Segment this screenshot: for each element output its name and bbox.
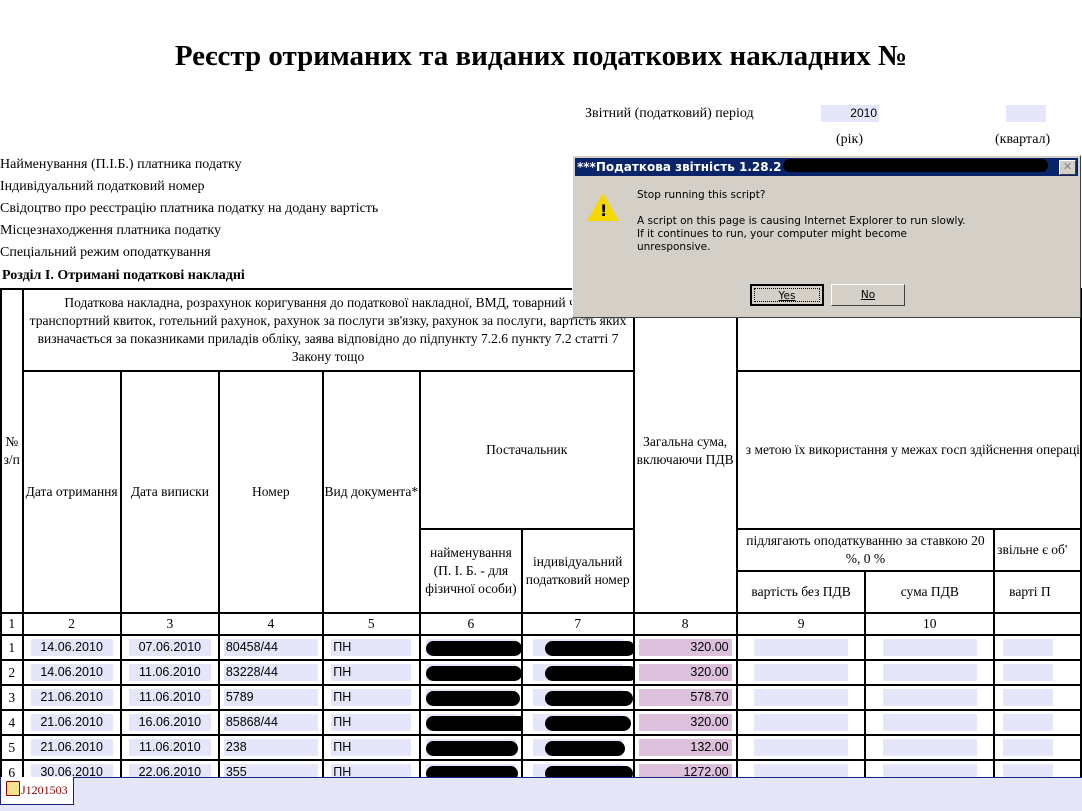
redacted-block <box>545 641 634 656</box>
column-numbers-row: 1 2 3 4 5 6 7 8 9 10 <box>1 613 1081 635</box>
cell-exempt-value <box>994 735 1081 760</box>
number-field[interactable]: 80458/44 <box>224 639 318 656</box>
no-button[interactable]: No <box>831 284 905 306</box>
colnum: 8 <box>634 613 737 635</box>
colnum: 5 <box>323 613 420 635</box>
vat-sum-field[interactable] <box>883 689 977 706</box>
cell-date-issued: 16.06.2010 <box>121 710 219 735</box>
page-title: Реєстр отриманих та виданих податкових н… <box>0 40 1082 73</box>
doc-type-field[interactable]: ПН <box>331 664 411 681</box>
cell-vat-sum <box>865 635 994 660</box>
header-date-received: Дата отримання <box>23 371 121 613</box>
vat-sum-field[interactable] <box>883 739 977 756</box>
header-supplier: Постачальник <box>420 371 634 529</box>
total-field[interactable]: 320.00 <box>639 714 732 731</box>
redacted-block <box>426 641 522 656</box>
header-number: Номер <box>219 371 323 613</box>
colnum: 4 <box>219 613 323 635</box>
header-doc-group: Податкова накладна, розрахунок коригуван… <box>23 289 634 371</box>
redacted-block <box>426 741 518 756</box>
total-field[interactable]: 578.70 <box>639 689 732 706</box>
supplier-name-field[interactable] <box>426 689 516 706</box>
date-received-field[interactable]: 21.06.2010 <box>31 714 113 731</box>
supplier-tin-field[interactable] <box>533 714 623 731</box>
warning-exclamation: ! <box>600 201 607 220</box>
period-quarter-field[interactable] <box>1006 105 1046 122</box>
value-no-vat-field[interactable] <box>754 664 848 681</box>
cell-value-no-vat <box>737 635 866 660</box>
supplier-name-field[interactable] <box>426 714 516 731</box>
redacted-block <box>426 691 520 706</box>
cell-date-issued: 11.06.2010 <box>121 685 219 710</box>
vat-sum-field[interactable] <box>883 639 977 656</box>
table-row: 321.06.201011.06.20105789ПН578.70 <box>1 685 1081 710</box>
location-label: Місцезнаходження платника податку <box>0 223 221 239</box>
cell-total: 320.00 <box>634 635 737 660</box>
book-icon <box>6 781 20 796</box>
table-row: 421.06.201016.06.201085868/44ПН320.00 <box>1 710 1081 735</box>
table-row: 521.06.201011.06.2010238ПН132.00 <box>1 735 1081 760</box>
date-issued-field[interactable]: 11.06.2010 <box>129 739 211 756</box>
row-number: 3 <box>1 685 23 710</box>
cell-date-issued: 11.06.2010 <box>121 735 219 760</box>
vat-sum-field[interactable] <box>883 714 977 731</box>
header-date-issued: Дата виписки <box>121 371 219 613</box>
date-received-field[interactable]: 21.06.2010 <box>31 739 113 756</box>
cell-supplier-tin <box>522 635 634 660</box>
cell-value-no-vat <box>737 660 866 685</box>
supplier-name-field[interactable] <box>426 739 516 756</box>
cell-total: 132.00 <box>634 735 737 760</box>
vat-certificate-label: Свідоцтво про реєстрацію платника податк… <box>0 201 378 217</box>
redacted-block <box>545 741 625 756</box>
cell-doc-type: ПН <box>323 685 420 710</box>
cell-supplier-tin <box>522 710 634 735</box>
taxpayer-name-label: Найменування (П.І.Б.) платника податку <box>0 157 242 173</box>
cell-doc-type: ПН <box>323 735 420 760</box>
cell-date-received: 14.06.2010 <box>23 635 121 660</box>
date-issued-field[interactable]: 11.06.2010 <box>129 689 211 706</box>
tin-label: Індивідуальний податковий номер <box>0 179 205 195</box>
redacted-title-part <box>783 159 1048 172</box>
colnum: 1 <box>1 613 23 635</box>
colnum: 3 <box>121 613 219 635</box>
number-field[interactable]: 238 <box>224 739 318 756</box>
supplier-name-field[interactable] <box>426 664 516 681</box>
header-supplier-tin: індивідуальний податковий номер <box>522 529 634 613</box>
header-total: Загальна сума, включаючи ПДВ <box>634 289 737 613</box>
cell-number: 83228/44 <box>219 660 323 685</box>
cell-exempt-value <box>994 685 1081 710</box>
cell-supplier-name <box>420 660 522 685</box>
value-no-vat-field[interactable] <box>754 739 848 756</box>
cell-value-no-vat <box>737 685 866 710</box>
year-caption: (рік) <box>836 132 863 148</box>
close-icon[interactable]: ✕ <box>1059 160 1076 175</box>
cell-number: 238 <box>219 735 323 760</box>
cell-doc-type: ПН <box>323 710 420 735</box>
yes-button[interactable]: Yes <box>750 284 824 306</box>
cell-doc-type: ПН <box>323 635 420 660</box>
colnum: 7 <box>522 613 634 635</box>
colnum: 9 <box>737 613 866 635</box>
header-doc-type: Вид документа* <box>323 371 420 613</box>
section-title: Розділ І. Отримані податкові накладні <box>2 268 245 284</box>
cell-total: 320.00 <box>634 660 737 685</box>
header-value-partial: варті П <box>994 571 1081 613</box>
header-exempt: звільне є об' <box>994 529 1081 571</box>
exempt-value-field[interactable] <box>1003 739 1053 756</box>
cell-supplier-name <box>420 635 522 660</box>
cell-supplier-tin <box>522 735 634 760</box>
number-field[interactable]: 85868/44 <box>224 714 318 731</box>
colnum: 6 <box>420 613 522 635</box>
redacted-block <box>545 691 633 706</box>
date-received-field[interactable]: 14.06.2010 <box>31 639 113 656</box>
cell-number: 5789 <box>219 685 323 710</box>
period-label: Звітний (податковий) період <box>585 106 754 122</box>
value-no-vat-field[interactable] <box>754 689 848 706</box>
special-regime-label: Спеціальний режим оподаткування <box>0 245 211 261</box>
dialog-title: ***Податкова звітність 1.28.2 *** <box>577 160 805 174</box>
total-field[interactable]: 132.00 <box>639 739 732 756</box>
redacted-block <box>545 666 634 681</box>
colnum: 2 <box>23 613 121 635</box>
cell-vat-sum <box>865 685 994 710</box>
total-field[interactable]: 320.00 <box>639 664 732 681</box>
doc-type-field[interactable]: ПН <box>331 639 411 656</box>
header-purpose: з метою їх використання у межах госп зді… <box>737 371 1081 529</box>
total-field[interactable]: 320.00 <box>639 639 732 656</box>
cell-exempt-value <box>994 635 1081 660</box>
supplier-tin-field[interactable] <box>533 739 623 756</box>
exempt-value-field[interactable] <box>1003 714 1053 731</box>
register-table: № з/п Податкова накладна, розрахунок кор… <box>0 288 1082 786</box>
redacted-block <box>545 716 631 731</box>
cell-supplier-tin <box>522 685 634 710</box>
doc-type-field[interactable]: ПН <box>331 689 411 706</box>
header-num: № з/п <box>1 289 23 613</box>
cell-date-received: 21.06.2010 <box>23 735 121 760</box>
redacted-block <box>426 716 522 731</box>
cell-value-no-vat <box>737 735 866 760</box>
header-taxable: підлягають оподаткуванню за ставкою 20 %… <box>737 529 994 571</box>
form-tab-label: J1201503 <box>21 783 68 797</box>
header-supplier-name: найменування (П. І. Б. - для фізичної ос… <box>420 529 522 613</box>
row-number: 1 <box>1 635 23 660</box>
colnum <box>994 613 1081 635</box>
cell-doc-type: ПН <box>323 660 420 685</box>
cell-date-received: 14.06.2010 <box>23 660 121 685</box>
date-issued-field[interactable]: 16.06.2010 <box>129 714 211 731</box>
cell-date-received: 21.06.2010 <box>23 685 121 710</box>
number-field[interactable]: 5789 <box>224 689 318 706</box>
cell-supplier-name <box>420 685 522 710</box>
cell-number: 85868/44 <box>219 710 323 735</box>
cell-date-issued: 11.06.2010 <box>121 660 219 685</box>
supplier-tin-field[interactable] <box>533 664 623 681</box>
date-received-field[interactable]: 21.06.2010 <box>31 689 113 706</box>
dialog-message: A script on this page is causing Interne… <box>637 215 1057 254</box>
header-vat-sum: сума ПДВ <box>865 571 994 613</box>
cell-vat-sum <box>865 710 994 735</box>
cell-vat-sum <box>865 660 994 685</box>
redacted-block <box>426 666 522 681</box>
exempt-value-field[interactable] <box>1003 664 1053 681</box>
colnum: 10 <box>865 613 994 635</box>
cell-supplier-name <box>420 710 522 735</box>
script-warning-dialog: ***Податкова звітність 1.28.2 *** ✕ ! St… <box>572 155 1081 318</box>
table-row: 214.06.201011.06.201083228/44ПН320.00 <box>1 660 1081 685</box>
value-no-vat-field[interactable] <box>754 714 848 731</box>
date-issued-field[interactable]: 07.06.2010 <box>129 639 211 656</box>
cell-total: 320.00 <box>634 710 737 735</box>
exempt-value-field[interactable] <box>1003 639 1053 656</box>
number-field[interactable]: 83228/44 <box>224 664 318 681</box>
cell-date-issued: 07.06.2010 <box>121 635 219 660</box>
row-number: 5 <box>1 735 23 760</box>
value-no-vat-field[interactable] <box>754 639 848 656</box>
exempt-value-field[interactable] <box>1003 689 1053 706</box>
cell-value-no-vat <box>737 710 866 735</box>
cell-date-received: 21.06.2010 <box>23 710 121 735</box>
cell-exempt-value <box>994 660 1081 685</box>
row-number: 4 <box>1 710 23 735</box>
cell-supplier-tin <box>522 660 634 685</box>
cell-vat-sum <box>865 735 994 760</box>
date-issued-field[interactable]: 11.06.2010 <box>129 664 211 681</box>
dialog-question: Stop running this script? <box>637 189 765 201</box>
supplier-tin-field[interactable] <box>533 689 623 706</box>
cell-total: 578.70 <box>634 685 737 710</box>
supplier-name-field[interactable] <box>426 639 516 656</box>
vat-sum-field[interactable] <box>883 664 977 681</box>
header-value-no-vat: вартість без ПДВ <box>737 571 866 613</box>
date-received-field[interactable]: 14.06.2010 <box>31 664 113 681</box>
doc-type-field[interactable]: ПН <box>331 739 411 756</box>
status-bar <box>0 777 1082 811</box>
table-row: 114.06.201007.06.201080458/44ПН320.00 <box>1 635 1081 660</box>
cell-exempt-value <box>994 710 1081 735</box>
cell-supplier-name <box>420 735 522 760</box>
doc-type-field[interactable]: ПН <box>331 714 411 731</box>
form-tab[interactable]: J1201503 <box>0 777 74 805</box>
row-number: 2 <box>1 660 23 685</box>
supplier-tin-field[interactable] <box>533 639 623 656</box>
cell-number: 80458/44 <box>219 635 323 660</box>
quarter-caption: (квартал) <box>995 132 1050 148</box>
period-year-field[interactable]: 2010 <box>821 105 879 122</box>
